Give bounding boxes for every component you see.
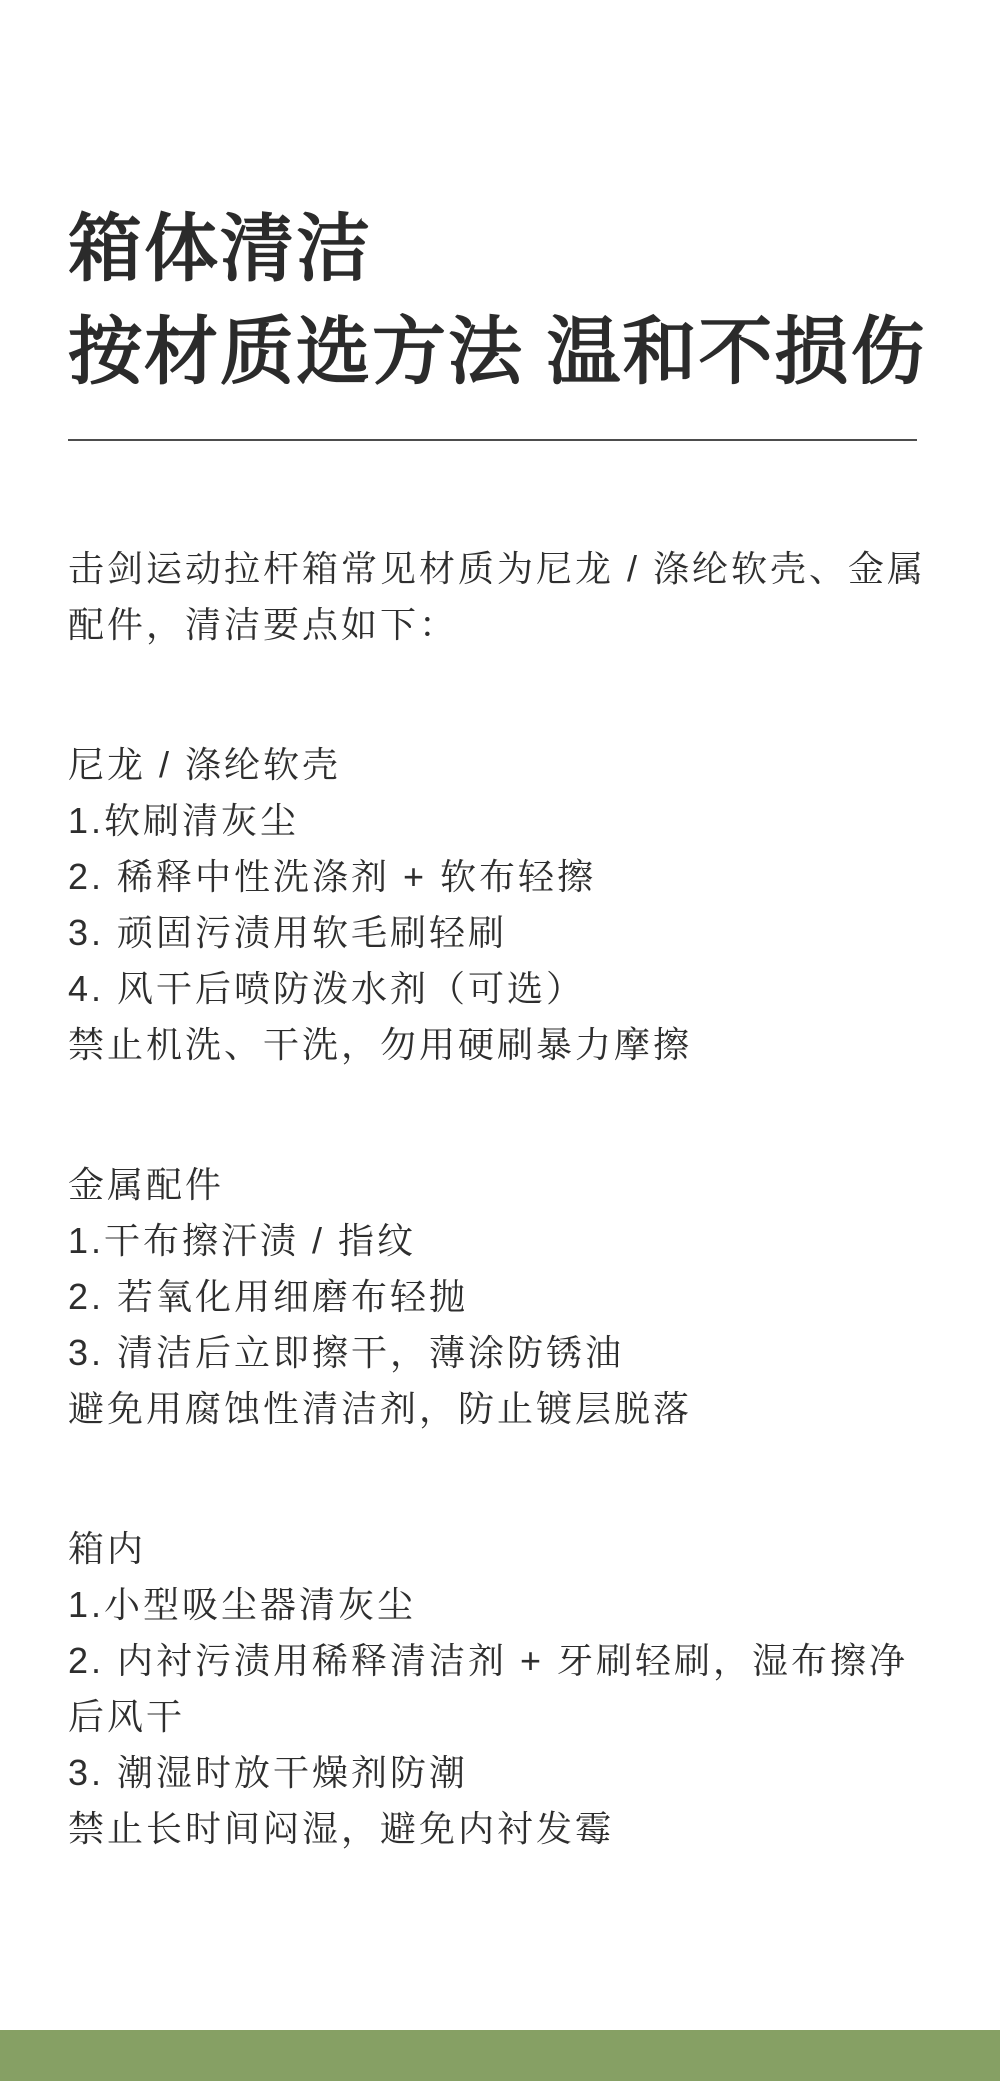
step-line: 2. 内衬污渍用稀释清洁剂 + 牙刷轻刷，湿布擦净	[68, 1633, 940, 1689]
intro-line: 击剑运动拉杆箱常见材质为尼龙 / 涤纶软壳、金属	[68, 541, 940, 597]
step-line: 1.干布擦汗渍 / 指纹	[68, 1213, 940, 1269]
divider-line	[68, 439, 917, 441]
section-heading: 箱内	[68, 1521, 940, 1577]
page-title: 箱体清洁 按材质选方法 温和不损伤	[68, 197, 940, 403]
step-line-wrap: 后风干	[68, 1689, 940, 1745]
section-metal-parts: 金属配件 1.干布擦汗渍 / 指纹 2. 若氧化用细磨布轻抛 3. 清洁后立即擦…	[68, 1157, 940, 1437]
warning-line: 避免用腐蚀性清洁剂，防止镀层脱落	[68, 1381, 940, 1437]
footer-accent-bar	[0, 2030, 1000, 2081]
section-heading: 金属配件	[68, 1157, 940, 1213]
intro-line: 配件，清洁要点如下：	[68, 597, 940, 653]
intro-paragraph: 击剑运动拉杆箱常见材质为尼龙 / 涤纶软壳、金属 配件，清洁要点如下：	[68, 541, 940, 653]
section-heading: 尼龙 / 涤纶软壳	[68, 737, 940, 793]
step-line: 1.小型吸尘器清灰尘	[68, 1577, 940, 1633]
page-content: 箱体清洁 按材质选方法 温和不损伤 击剑运动拉杆箱常见材质为尼龙 / 涤纶软壳、…	[0, 0, 1000, 1857]
step-line: 4. 风干后喷防泼水剂（可选）	[68, 961, 940, 1017]
warning-line: 禁止机洗、干洗，勿用硬刷暴力摩擦	[68, 1017, 940, 1073]
title-line-1: 箱体清洁	[68, 197, 940, 300]
step-line: 3. 顽固污渍用软毛刷轻刷	[68, 905, 940, 961]
warning-line: 禁止长时间闷湿，避免内衬发霉	[68, 1801, 940, 1857]
step-line: 3. 潮湿时放干燥剂防潮	[68, 1745, 940, 1801]
step-line: 2. 稀释中性洗涤剂 + 软布轻擦	[68, 849, 940, 905]
section-case-interior: 箱内 1.小型吸尘器清灰尘 2. 内衬污渍用稀释清洁剂 + 牙刷轻刷，湿布擦净 …	[68, 1521, 940, 1857]
section-nylon-shell: 尼龙 / 涤纶软壳 1.软刷清灰尘 2. 稀释中性洗涤剂 + 软布轻擦 3. 顽…	[68, 737, 940, 1073]
step-line: 2. 若氧化用细磨布轻抛	[68, 1269, 940, 1325]
step-line: 1.软刷清灰尘	[68, 793, 940, 849]
title-line-2: 按材质选方法 温和不损伤	[68, 300, 940, 403]
step-line: 3. 清洁后立即擦干，薄涂防锈油	[68, 1325, 940, 1381]
